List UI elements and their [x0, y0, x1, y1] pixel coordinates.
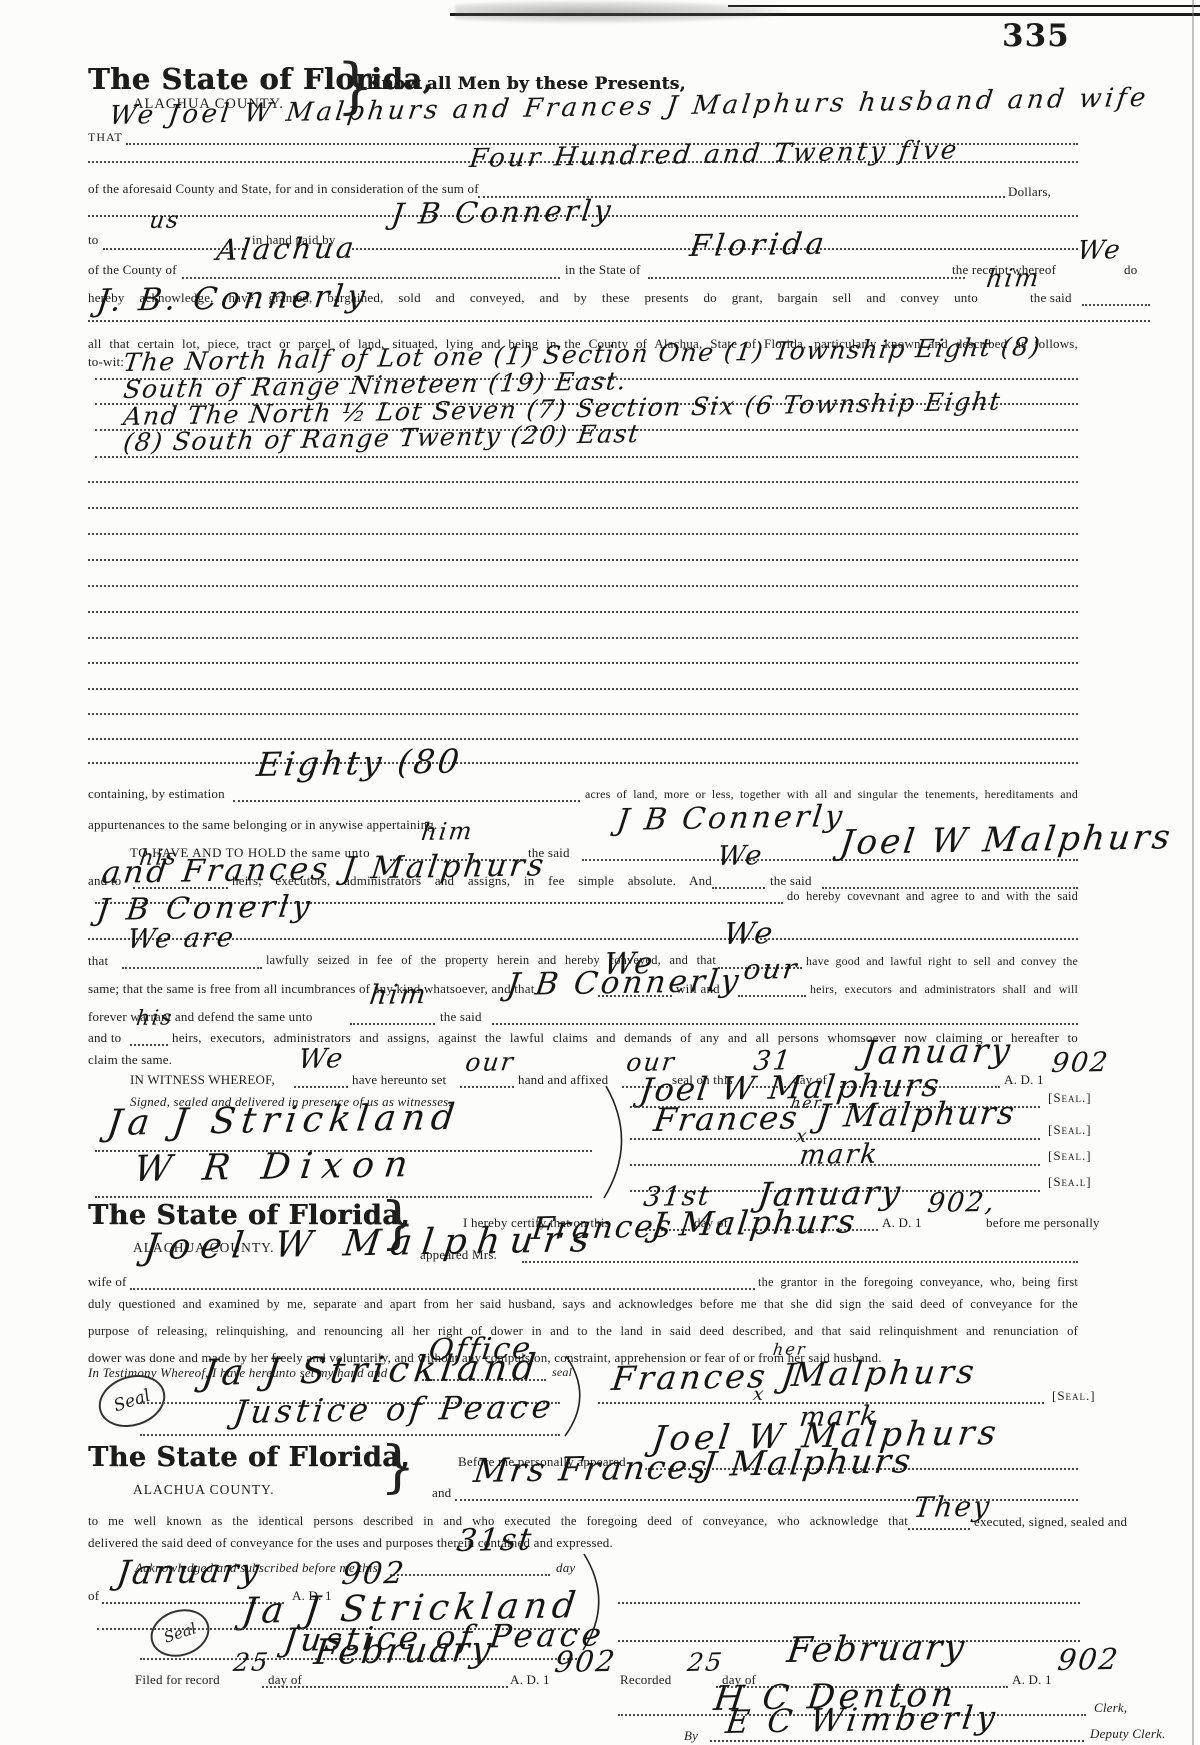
rec-day-handwriting: 25	[686, 1649, 725, 1675]
consideration-handwriting: Four Hundred and Twenty five	[468, 137, 961, 172]
filed-month-handwriting: February	[312, 1633, 495, 1671]
right-label: have good and lawful right to sell and c…	[806, 954, 1078, 969]
dower-para-1: duly questioned and examined by me, sepa…	[88, 1297, 1078, 1312]
year-handwriting: 902	[1050, 1049, 1111, 1077]
top-rule-2	[728, 5, 1200, 7]
ruled-line	[130, 1288, 755, 1290]
his2-handwriting: his	[135, 1007, 175, 1029]
seal-signature-2a: Frances	[652, 1101, 801, 1136]
ruled-line	[618, 1602, 1080, 1604]
do-label: do	[1124, 262, 1137, 278]
ruled-line	[908, 1528, 970, 1530]
mrs-frances-handwriting: Mrs Frances	[472, 1450, 710, 1487]
claims2-label: claim the same.	[88, 1052, 172, 1068]
ruled-line	[88, 662, 1078, 664]
grantee3-handwriting: J B Conerly	[95, 892, 315, 926]
ruled-line	[492, 1023, 1078, 1025]
seal-bracket-5: [Seal.]	[1052, 1388, 1096, 1404]
that2-label: that	[88, 953, 108, 969]
deputy-signature: E C Wimberly	[724, 1701, 1001, 1738]
grantor1-handwriting: Joel W Malphurs	[838, 820, 1175, 860]
ack-county: ALACHUA COUNTY.	[133, 1482, 275, 1498]
acreage-handwriting: Eighty (80	[255, 744, 464, 781]
ruled-line	[350, 1023, 435, 1025]
ruled-line	[140, 1434, 560, 1436]
jp-signature-1: Ja J Strickland	[200, 1350, 542, 1392]
county-of-label: of the County of	[88, 262, 177, 278]
grantor2-handwriting: and Frances J Malphurs	[100, 850, 548, 889]
ruled-line	[88, 481, 1078, 483]
our-handwriting: our	[742, 955, 800, 984]
ack-and-label: and	[432, 1485, 451, 1501]
ruled-line	[738, 995, 806, 997]
ruled-line	[88, 611, 1078, 613]
ruled-line	[122, 967, 262, 969]
jmalphurs-handwriting: J Malphurs	[650, 1204, 859, 1241]
county-handwriting: Alachua	[215, 234, 358, 265]
covenant-label: do hereby covevnant and agree to and wit…	[787, 889, 1078, 904]
of-label: of	[88, 1588, 99, 1604]
that-label: THAT	[88, 130, 123, 145]
before-label: before me personally	[986, 1215, 1100, 1231]
description-line-4: (8) South of Range Twenty (20) East	[122, 421, 641, 455]
ack-title: The State of Florida,	[88, 1442, 410, 1473]
ruled-line	[88, 688, 1078, 690]
seal-bracket-4: [Sea.l]	[1048, 1174, 1092, 1190]
ruled-line	[390, 1574, 550, 1576]
ruled-line	[182, 277, 560, 279]
filed-year-handwriting: 902	[553, 1647, 618, 1677]
seal-bracket-2: [Seal.]	[1048, 1122, 1092, 1138]
ruled-line	[88, 738, 1078, 740]
ruled-line	[712, 887, 765, 889]
rec-year-handwriting: 902	[1056, 1645, 1121, 1675]
filed-label: Filed for record	[135, 1672, 220, 1688]
grantor-label: the grantor in the foregoing conveyance,…	[758, 1275, 1078, 1290]
we5-handwriting: We	[297, 1045, 346, 1073]
ruled-line	[88, 507, 1078, 509]
ruled-line	[648, 277, 965, 279]
witness-label: IN WITNESS WHEREOF,	[130, 1072, 275, 1088]
seal-stamp-2: Seal	[144, 1602, 215, 1664]
ruled-line	[1082, 304, 1150, 306]
dower-brace-hw	[560, 1352, 596, 1440]
jmalphurs-handwriting-2: J Malphurs	[700, 1444, 914, 1482]
certify-year-handwriting: 902,	[926, 1189, 998, 1217]
payer-handwriting: J B Connerly	[390, 196, 615, 229]
heirs2-label: heirs, executors and administrators shal…	[810, 982, 1078, 997]
day-label: day	[556, 1560, 575, 1576]
filed-ad-label: A. D. 1	[510, 1672, 550, 1688]
ruled-line	[88, 585, 1078, 587]
ruled-line	[522, 1261, 1078, 1263]
dower-para-2: purpose of releasing, relinquishing, and…	[88, 1324, 1078, 1339]
containing-label: containing, by estimation	[88, 786, 225, 802]
malphurs-signature: Malphurs	[790, 1355, 979, 1391]
ruled-line	[630, 1164, 1040, 1166]
seal-bracket-1: [Seal.]	[1048, 1090, 1092, 1106]
known3-label: delivered the said deed of conveyance fo…	[88, 1535, 613, 1551]
certify-ad-label: A. D. 1	[882, 1215, 922, 1231]
our2-handwriting: our	[464, 1049, 516, 1075]
ruled-line	[88, 938, 1078, 940]
by-label: By	[684, 1728, 698, 1744]
him2-handwriting: him	[420, 819, 475, 844]
ruled-line	[88, 762, 1078, 764]
the-said-label: the said	[1030, 290, 1072, 306]
husband-handwriting: Joel W Malphurs	[142, 1222, 601, 1266]
ruled-line	[88, 559, 1078, 561]
consideration-label: of the aforesaid County and State, for a…	[88, 181, 479, 197]
grantee2-handwriting: J B Connerly	[615, 802, 847, 836]
known2-label: executed, signed, sealed and	[974, 1514, 1127, 1530]
clerk-label: Clerk,	[1094, 1700, 1127, 1716]
ruled-line	[88, 320, 1150, 322]
ruled-line	[88, 533, 1078, 535]
recorded-label: Recorded	[620, 1672, 671, 1688]
page-edge-line	[1192, 0, 1194, 1745]
said4-label: the said	[440, 1009, 482, 1025]
ad-label: A. D. 1	[1004, 1072, 1044, 1088]
ruled-line	[262, 1686, 508, 1688]
we-handwriting: We	[1076, 237, 1123, 264]
grantee4-handwriting: J B Connerly	[505, 966, 743, 1001]
seal-signature-2b: J Malphurs	[815, 1097, 1018, 1132]
seal-stamp-2-text: Seal	[162, 1619, 199, 1646]
ruled-line	[95, 1196, 592, 1198]
month-handwriting: January	[860, 1033, 1015, 1069]
rec-ad-label: A. D. 1	[1012, 1672, 1052, 1688]
appurtenances-label: appurtenances to the same belonging or i…	[88, 817, 437, 833]
set-label: have hereunto set	[352, 1072, 446, 1088]
we3-handwriting: We	[722, 919, 776, 950]
free-label: same; that the same is free from all inc…	[88, 981, 535, 997]
we2-handwriting: We	[716, 842, 765, 870]
ruled-line	[88, 713, 1078, 715]
ruled-line	[130, 1044, 168, 1046]
weare-handwriting: We are	[126, 924, 237, 953]
to-label: to	[88, 232, 99, 248]
ruled-line	[95, 456, 1078, 458]
deed-record-page: 335 The State of Florida, } Know all Men…	[0, 0, 1200, 1745]
witness2-signature: W R Dixon	[132, 1147, 420, 1188]
ack-year-handwriting: 902	[340, 1559, 407, 1590]
ack-day-handwriting: 31st	[455, 1525, 535, 1557]
dollars-label: Dollars,	[1008, 184, 1051, 200]
page-number: 335	[1002, 18, 1070, 54]
filed-day-handwriting: 25	[232, 1649, 271, 1675]
seal-stamp-1-text: Seal	[111, 1386, 153, 1417]
state-handwriting: Florida	[688, 230, 830, 262]
jp-title-1: Justice of Peace	[232, 1390, 557, 1428]
rec-month-handwriting: February	[785, 1631, 968, 1669]
frances-j-signature: Frances J	[610, 1359, 800, 1395]
witness1-signature: Ja J Strickland	[105, 1100, 462, 1142]
ruled-line	[88, 637, 1078, 639]
him3-handwriting: him	[368, 981, 429, 1009]
said3-label: the said	[770, 873, 812, 889]
andto2-label: and to	[88, 1030, 121, 1046]
affixed-label: hand and affixed	[518, 1072, 608, 1088]
wifeof-label: wife of	[88, 1274, 127, 1290]
seal-bracket-3: [Seal.]	[1048, 1148, 1092, 1164]
us-handwriting: us	[148, 209, 182, 233]
ruled-line	[710, 1740, 1084, 1742]
ack-month-handwriting: January	[115, 1554, 263, 1589]
ruled-line	[294, 1086, 348, 1088]
ink-smudge	[455, 1, 785, 23]
ruled-line	[460, 1086, 514, 1088]
ack-brace: }	[380, 1440, 416, 1496]
warrant-label: forever warrant and defend the same unto	[88, 1009, 313, 1025]
towit-label: to-wit:	[88, 354, 124, 370]
him-handwriting: him	[985, 265, 1042, 291]
state-of-label: in the State of	[565, 262, 641, 278]
deputy-label: Deputy Clerk.	[1090, 1726, 1166, 1742]
grantee-handwriting: J. B. Connerly	[95, 281, 371, 317]
witness-brace	[598, 1082, 640, 1202]
ruled-line	[233, 800, 580, 802]
